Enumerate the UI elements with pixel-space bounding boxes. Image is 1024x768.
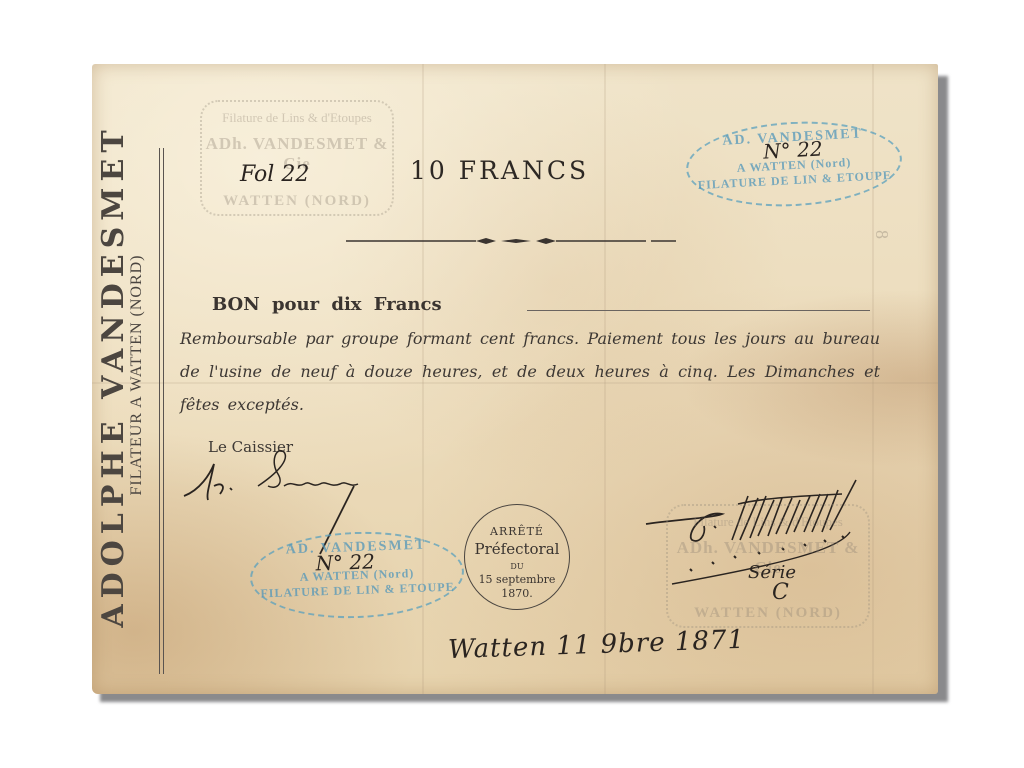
- prefectoral-seal: ARRÊTÉ Préfectoral DU 15 septembre 1870.: [464, 504, 570, 610]
- band-rule: [159, 148, 160, 674]
- denomination-title: 10 FRANCS: [410, 156, 589, 185]
- serie-letter: C: [772, 580, 789, 605]
- faint-marking: 8: [871, 230, 892, 239]
- faint-rect-stamp: Filature de Lins & d'Etoupes ADh. VANDES…: [200, 100, 394, 216]
- blue-oval-stamp: AD. VANDESMET A WATTEN (Nord) FILATURE D…: [249, 528, 466, 621]
- serial-handwritten: N° 22: [315, 549, 375, 575]
- banknote: ADOLPHE VANDESMET FILATEUR A WATTEN (NOR…: [92, 64, 938, 694]
- terms-text: Remboursable par groupe formant cent fra…: [180, 322, 880, 421]
- bon-line: BON pour dix Francs: [212, 294, 442, 315]
- bon-underline: [527, 310, 870, 311]
- band-rule: [163, 148, 164, 674]
- issuer-band: ADOLPHE VANDESMET FILATEUR A WATTEN (NOR…: [92, 64, 172, 694]
- place-date-handwritten: Watten 11 9bre 1871: [448, 625, 746, 665]
- ornamental-rule: [346, 236, 676, 246]
- folio-handwritten: Fol 22: [240, 162, 309, 187]
- issuer-subtitle: FILATEUR A WATTEN (NORD): [126, 185, 148, 565]
- serial-handwritten: N° 22: [763, 137, 823, 164]
